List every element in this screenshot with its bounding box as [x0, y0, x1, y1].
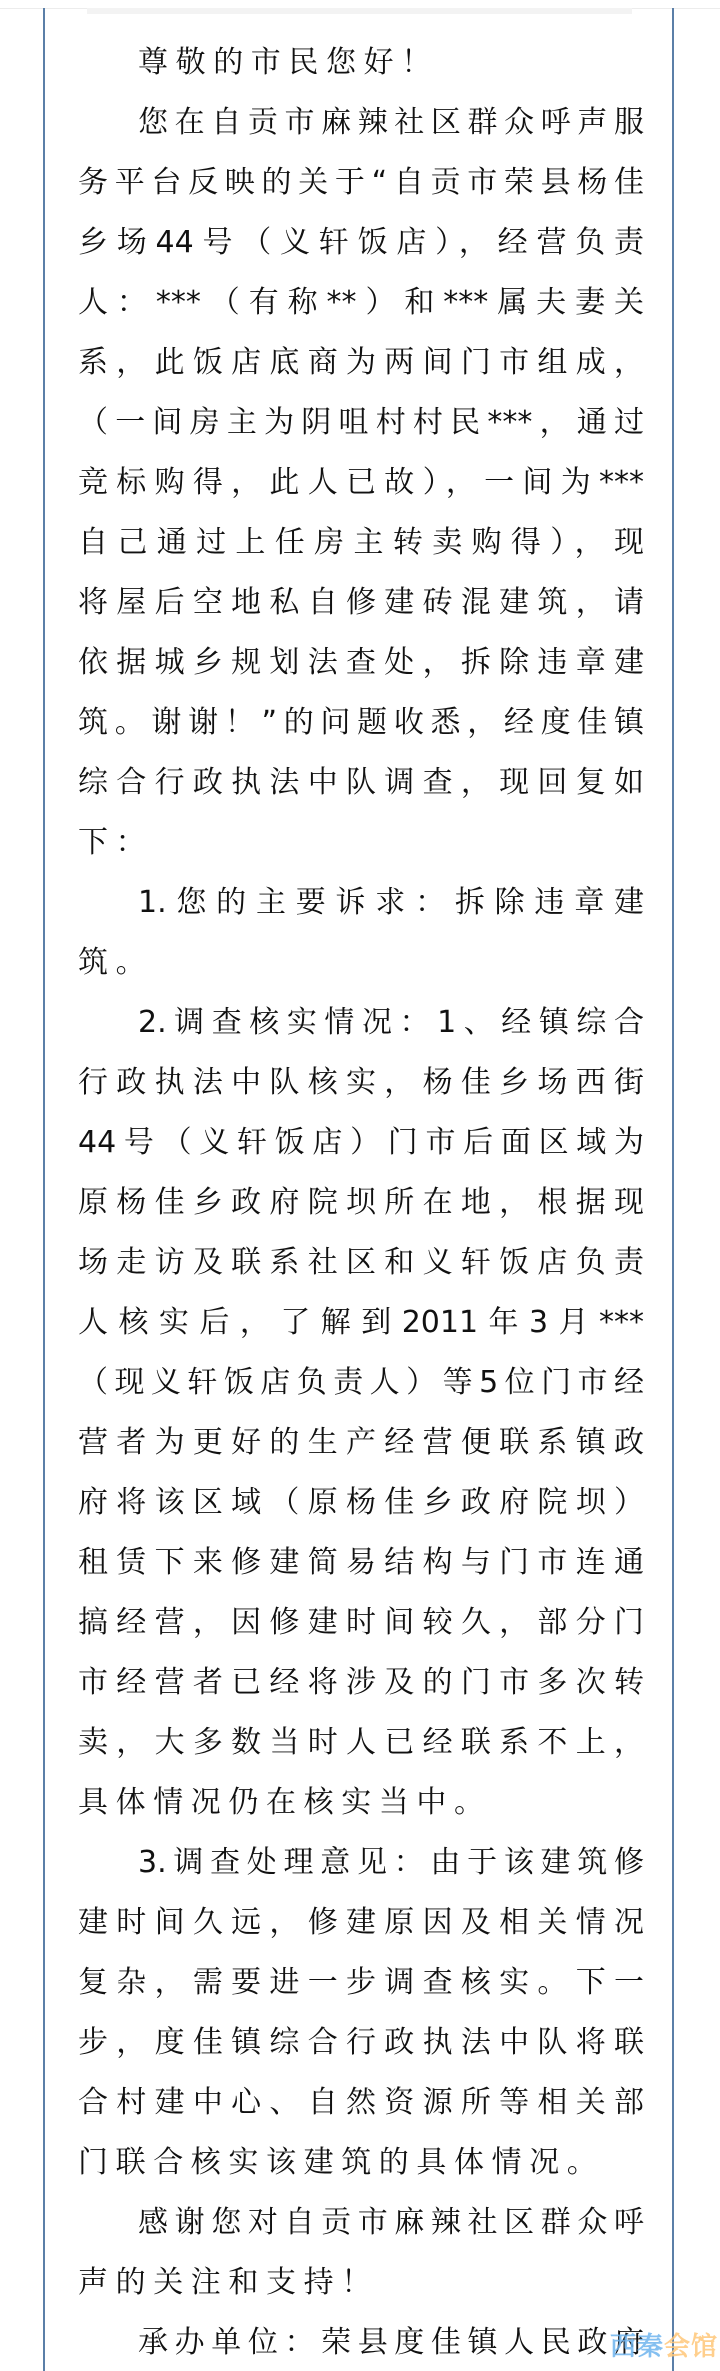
letter-line: 务平台反映的关于“自贡市荣县杨佳 [78, 153, 644, 213]
letter-line: 复杂，需要进一步调查核实。下一 [78, 1953, 644, 2013]
letter-line: （一间房主为阴咀村村民***，通过 [78, 393, 644, 453]
letter-line: 44号（义轩饭店）门市后面区域为 [78, 1113, 644, 1173]
letter-line: 尊敬的市民您好！ [78, 33, 644, 93]
letter-line: 将屋后空地私自修建砖混建筑，请 [78, 573, 644, 633]
letter-line: 人核实后，了解到2011年3月*** [78, 1293, 644, 1353]
letter-line: （现义轩饭店负责人）等5位门市经 [78, 1353, 644, 1413]
letter-line: 建时间久远，修建原因及相关情况 [78, 1893, 644, 1953]
letter-line: 系，此饭店底商为两间门市组成， [78, 333, 644, 393]
letter-line: 感谢您对自贡市麻辣社区群众呼 [78, 2193, 644, 2253]
watermark-part-blue: 西秦 [610, 2332, 664, 2362]
letter-line: 营者为更好的生产经营便联系镇政 [78, 1413, 644, 1473]
letter-line: 步，度佳镇综合行政执法中队将联 [78, 2013, 644, 2073]
letter-line: 承办单位：荣县度佳镇人民政府 [78, 2313, 644, 2371]
letter-line: 府将该区域（原杨佳乡政府院坝） [78, 1473, 644, 1533]
letter-line: 原杨佳乡政府院坝所在地，根据现 [78, 1173, 644, 1233]
letter-line: 综合行政执法中队调查，现回复如 [78, 753, 644, 813]
letter-line: 自己通过上任房主转卖购得），现 [78, 513, 644, 573]
letter-line: 2.调查核实情况：1、经镇综合 [78, 993, 644, 1053]
letter-line: 竞标购得，此人已故），一间为*** [78, 453, 644, 513]
letter-line: 市经营者已经将涉及的门市多次转 [78, 1653, 644, 1713]
reply-letter: 尊敬的市民您好！您在自贡市麻辣社区群众呼声服务平台反映的关于“自贡市荣县杨佳乡场… [78, 33, 644, 2371]
letter-line: 卖，大多数当时人已经联系不上， [78, 1713, 644, 1773]
letter-line: 声的关注和支持！ [78, 2253, 644, 2313]
letter-line: 依据城乡规划法查处，拆除违章建 [78, 633, 644, 693]
letter-line: 门联合核实该建筑的具体情况。 [78, 2133, 644, 2193]
letter-line: 您在自贡市麻辣社区群众呼声服 [78, 93, 644, 153]
letter-line: 1.您的主要诉求：拆除违章建 [78, 873, 644, 933]
letter-line: 筑。谢谢！”的问题收悉，经度佳镇 [78, 693, 644, 753]
letter-line: 搞经营，因修建时间较久，部分门 [78, 1593, 644, 1653]
letter-line: 具体情况仍在核实当中。 [78, 1773, 644, 1833]
letter-line: 人：***（有称**）和***属夫妻关 [78, 273, 644, 333]
letter-line: 乡场44号（义轩饭店），经营负责 [78, 213, 644, 273]
letter-line: 场走访及联系社区和义轩饭店负责 [78, 1233, 644, 1293]
letter-line: 筑。 [78, 933, 644, 993]
watermark-logo: 西秦会馆 [610, 2326, 718, 2363]
letter-line: 行政执法中队核实，杨佳乡场西街 [78, 1053, 644, 1113]
letter-line: 3.调查处理意见：由于该建筑修 [78, 1833, 644, 1893]
watermark-part-orange: 会馆 [664, 2332, 718, 2362]
letter-line: 下： [78, 813, 644, 873]
letter-line: 合村建中心、自然资源所等相关部 [78, 2073, 644, 2133]
letter-line: 租赁下来修建简易结构与门市连通 [78, 1533, 644, 1593]
